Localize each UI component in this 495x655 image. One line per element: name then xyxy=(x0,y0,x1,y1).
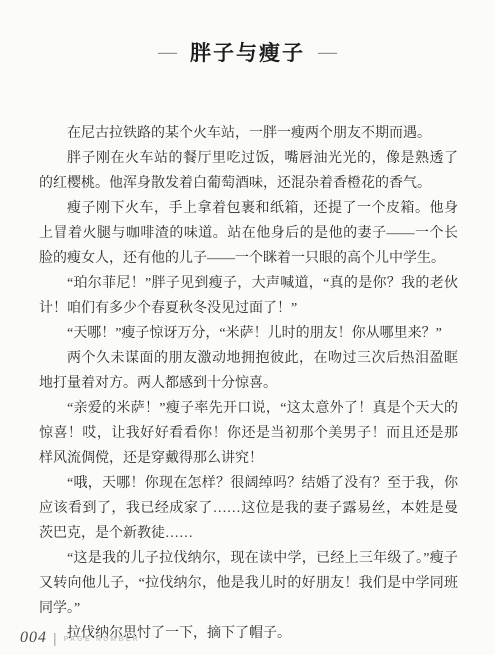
paragraph: “这是我的儿子拉伐纳尔，现在读中学，已经上三年级了。”瘦子又转向他儿子，“拉伐纳… xyxy=(39,546,458,621)
paragraph: “珀尔菲尼！”胖子见到瘦子，大声喊道，“真的是你？我的老伙计！咱们有多少个春夏秋… xyxy=(39,271,458,321)
paragraph: “哦，天哪！你现在怎样？很阔绰吗？结婚了没有？至于我，你应该看到了，我已经成家了… xyxy=(39,471,458,546)
story-body: 在尼古拉铁路的某个火车站，一胖一瘦两个朋友不期而遇。胖子刚在火车站的餐厅里吃过饭… xyxy=(39,121,458,646)
footer-label: PAGE NUMBER xyxy=(64,634,140,643)
page-number: 004 xyxy=(20,630,47,646)
title-dash-left: — xyxy=(158,43,177,62)
paragraph: 两个久未谋面的朋友激动地拥抱彼此，在吻过三次后热泪盈眶地打量着对方。两人都感到十… xyxy=(39,346,458,396)
paragraph: 在尼古拉铁路的某个火车站，一胖一瘦两个朋友不期而遇。 xyxy=(39,121,458,146)
page-footer: 004 | PAGE NUMBER xyxy=(20,630,140,646)
book-page: — 胖子与瘦子 — 在尼古拉铁路的某个火车站，一胖一瘦两个朋友不期而遇。胖子刚在… xyxy=(0,0,495,655)
chapter-title-text: 胖子与瘦子 xyxy=(190,41,305,65)
title-dash-right: — xyxy=(318,43,337,62)
footer-divider: | xyxy=(53,631,57,645)
paragraph: “天哪！”瘦子惊讶万分，“米萨！儿时的朋友！你从哪里来？” xyxy=(39,321,458,346)
paragraph: 胖子刚在火车站的餐厅里吃过饭，嘴唇油光光的，像是熟透了的红樱桃。他浑身散发着白葡… xyxy=(39,146,458,196)
paragraph: 瘦子刚下火车，手上拿着包裹和纸箱，还提了一个皮箱。他身上冒着火腿与咖啡渣的味道。… xyxy=(39,196,458,271)
chapter-title: — 胖子与瘦子 — xyxy=(0,41,495,65)
paragraph: “亲爱的米萨！”瘦子率先开口说，“这太意外了！真是个天大的惊喜！哎，让我好好看看… xyxy=(39,396,458,471)
